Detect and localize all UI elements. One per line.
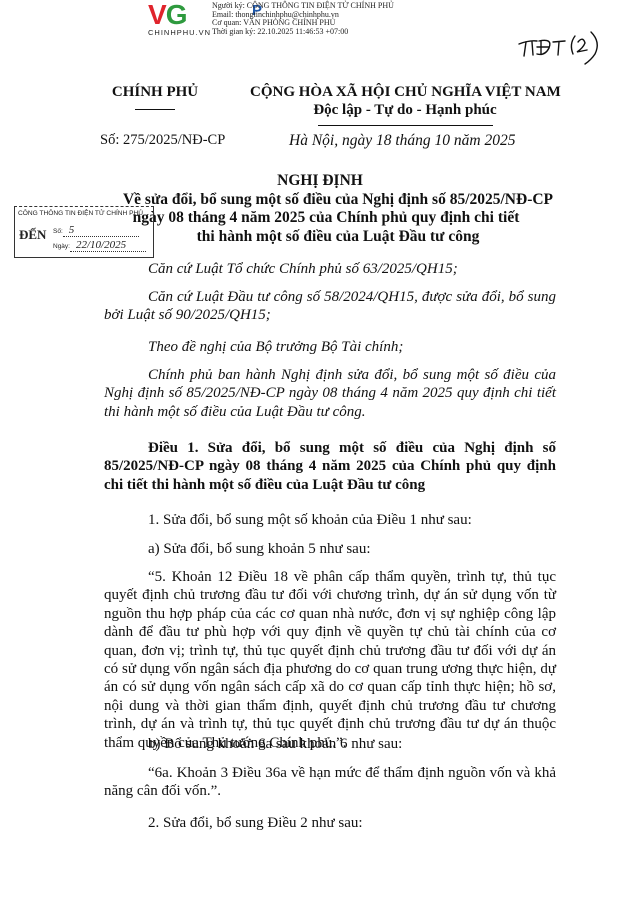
sign-time: Thời gian ký: 22.10.2025 11:46:53 +07:00 — [212, 28, 394, 37]
point-a: a) Sửa đổi, bổ sung khoản 5 như sau: — [104, 540, 556, 558]
issuer-name: CHÍNH PHỦ — [100, 84, 210, 101]
preamble-basis-1: Căn cứ Luật Tổ chức Chính phủ số 63/2025… — [104, 260, 556, 278]
article-1-heading: Điều 1. Sửa đổi, bổ sung một số điều của… — [104, 439, 556, 494]
document-number: Số: 275/2025/NĐ-CP — [100, 132, 225, 149]
motto-underline — [318, 125, 493, 126]
preamble-proposal: Theo đề nghị của Bộ trưởng Bộ Tài chính; — [104, 338, 556, 356]
stamp-label: ĐẾN — [19, 227, 46, 243]
stamp-date-label: Ngày: — [53, 243, 70, 250]
national-motto: Độc lập - Tự do - Hạnh phúc — [250, 102, 560, 119]
preamble-enactment: Chính phủ ban hành Nghị định sửa đổi, bổ… — [104, 366, 556, 421]
nation-name: CỘNG HÒA XÃ HỘI CHỦ NGHĨA VIỆT NAM — [250, 84, 560, 101]
digital-signature-stamp: VGP CHINHPHU.VN Người ký: CÔNG THÔNG TIN… — [148, 2, 408, 38]
handwritten-note-icon: TTĐT (2) — [515, 26, 625, 66]
issuer-underline — [135, 109, 175, 110]
document-type: NGHỊ ĐỊNH — [0, 172, 640, 191]
stamp-number-row: Số:5 — [53, 224, 139, 237]
clause-2: 2. Sửa đổi, bổ sung Điều 2 như sau: — [104, 814, 556, 832]
vgp-logo-subtitle: CHINHPHU.VN — [148, 28, 211, 37]
issuer-block: CHÍNH PHỦ — [100, 84, 210, 110]
stamp-date-row: Ngày:22/10/2025 — [53, 239, 146, 252]
place-date: Hà Nội, ngày 18 tháng 10 năm 2025 — [289, 132, 515, 150]
received-stamp: CÔNG THÔNG TIN ĐIỆN TỬ CHÍNH PHỦ ĐẾN Số:… — [14, 206, 154, 258]
quoted-clause-5: “5. Khoản 12 Điều 18 về phân cấp thẩm qu… — [104, 568, 556, 752]
signature-info: Người ký: CÔNG THÔNG TIN ĐIỆN TỬ CHÍNH P… — [212, 2, 394, 36]
stamp-number-value: 5 — [63, 224, 139, 237]
stamp-date-value: 22/10/2025 — [70, 239, 146, 252]
preamble-basis-2: Căn cứ Luật Đầu tư công số 58/2024/QH15,… — [104, 288, 556, 325]
vgp-logo: VGP — [148, 2, 186, 28]
national-title-block: CỘNG HÒA XÃ HỘI CHỦ NGHĨA VIỆT NAM Độc l… — [250, 84, 560, 126]
stamp-number-label: Số: — [53, 228, 63, 235]
stamp-heading: CÔNG THÔNG TIN ĐIỆN TỬ CHÍNH PHỦ — [18, 210, 143, 217]
quoted-clause-6a: “6a. Khoản 3 Điều 36a về hạn mức để thẩm… — [104, 764, 556, 801]
point-b: b) Bổ sung khoản 6a sau khoản 6 như sau: — [104, 735, 556, 753]
clause-1: 1. Sửa đổi, bổ sung một số khoản của Điề… — [104, 511, 556, 529]
